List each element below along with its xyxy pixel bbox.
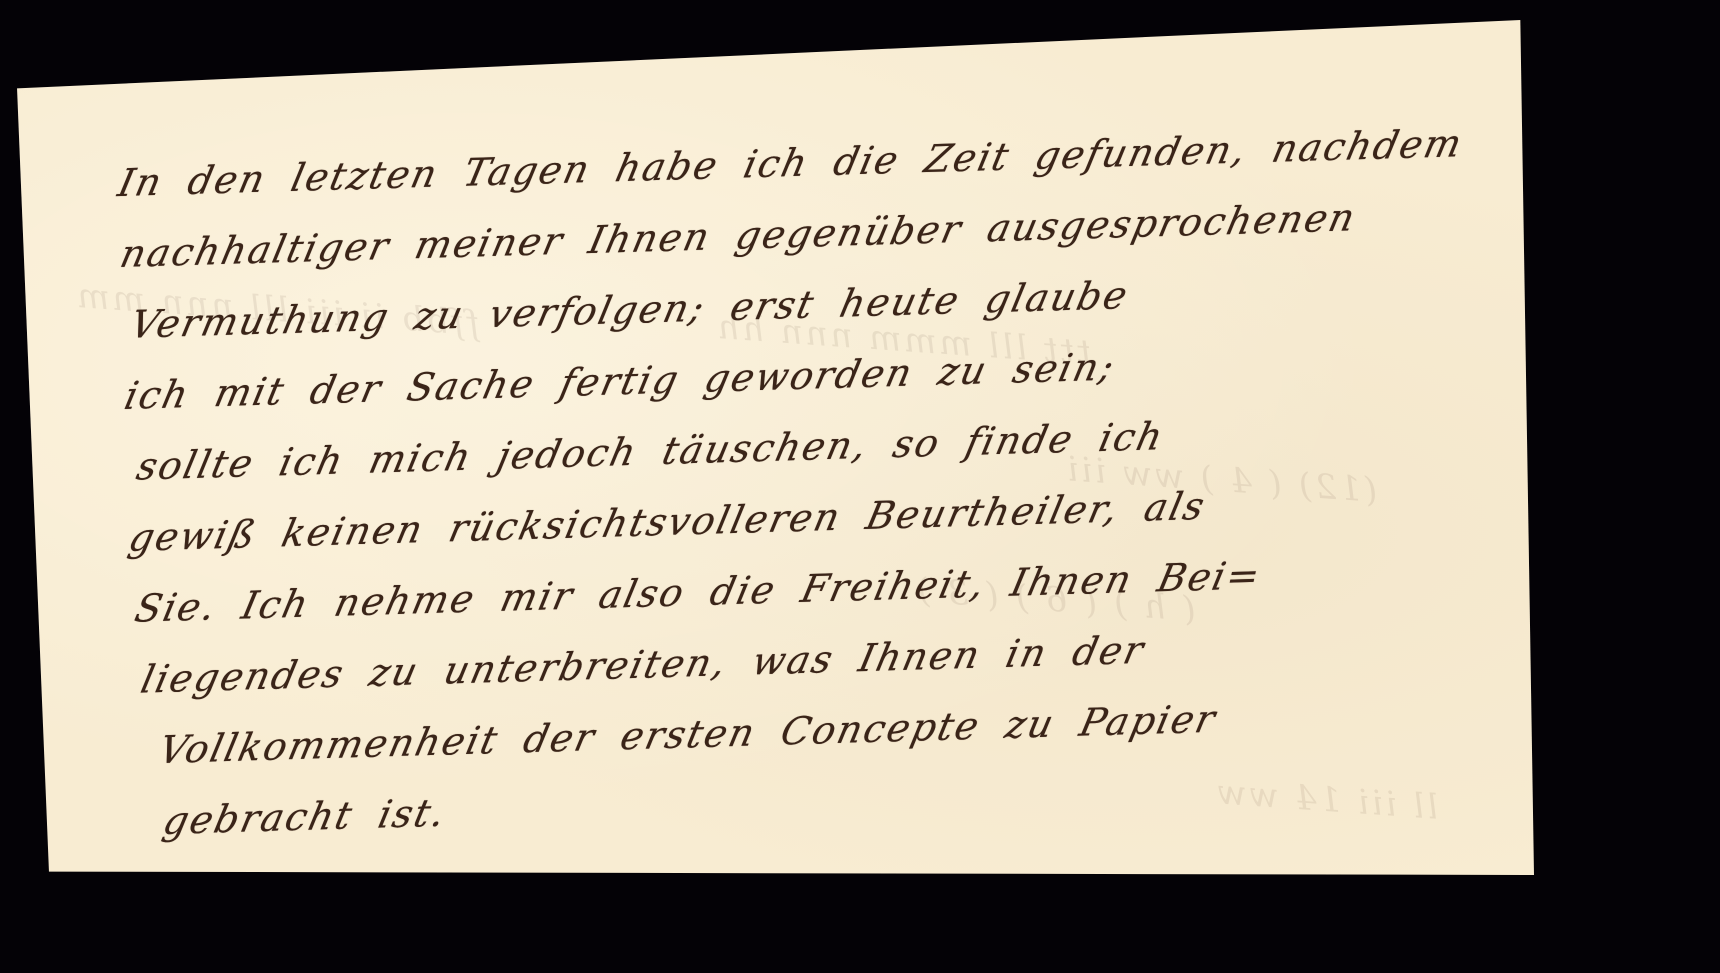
photo-background: ffbb ii iii lll nnn mm ttt lll mmm nnn h… bbox=[0, 0, 1720, 973]
handwritten-text: In den letzten Tagen habe ich die Zeit g… bbox=[118, 106, 1558, 858]
letter-paper: ffbb ii iii lll nnn mm ttt lll mmm nnn h… bbox=[14, 20, 1534, 875]
